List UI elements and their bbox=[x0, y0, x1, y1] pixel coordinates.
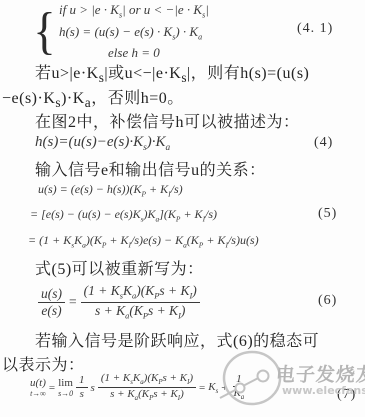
paragraph-2: 在图2中，补偿信号h可以被描述为： bbox=[35, 109, 300, 132]
eq6-rhs-denominator: s + Ka(KPs + KI) bbox=[92, 303, 188, 322]
equation-4-1: { if u > |e · Ks| or u < −|e · Ks| h(s) … bbox=[32, 2, 209, 61]
equation-7: u(t) t→∞ = lim s→0 1 s s (1 + KsKa)(KPs … bbox=[30, 372, 247, 404]
eq7-frac2-numerator: (1 + KsKa)(KPs + KI) bbox=[98, 372, 196, 388]
eq7-lim-label: lim bbox=[58, 377, 73, 389]
equation-5-line-2: = [e(s) − (u(s) − e(s)Ks)Ka](KP + KI/s) bbox=[30, 207, 217, 223]
watermark-brand-text: 电子发烧友 bbox=[275, 360, 365, 387]
eq6-equals: = bbox=[69, 294, 77, 310]
equation-4-1-number: (4. 1) bbox=[297, 21, 333, 37]
eq7-lhs-under: t→∞ bbox=[30, 390, 46, 399]
eq7-lim-under: s→0 bbox=[58, 390, 73, 399]
equation-5-line-3: = (1 + KsKa)(KP + KI/s)e(s) − Ka(KP + KI… bbox=[28, 233, 259, 249]
equation-5-number: (5) bbox=[318, 206, 337, 222]
equation-4: h(s)=(u(s)−e(s)·Ks)·Ka bbox=[35, 134, 170, 153]
eq41-condition: if u > |e · Ks| or u < −|e · Ks| bbox=[59, 2, 209, 24]
eq7-frac3-denominator: Ka bbox=[230, 387, 247, 402]
equation-6-number: (6) bbox=[318, 293, 337, 309]
piecewise-lines: if u > |e · Ks| or u < −|e · Ks| h(s) = … bbox=[59, 2, 209, 61]
eq7-equals-2: = bbox=[199, 382, 205, 394]
eq7-equals-1: = bbox=[49, 382, 55, 394]
paragraph-4: 式(5)可以被重新写为： bbox=[35, 256, 204, 279]
eq7-mid-s: s bbox=[91, 382, 95, 394]
equation-7-number: (7) bbox=[337, 387, 356, 403]
eq7-term-ks: Ks bbox=[208, 381, 218, 395]
eq7-frac2-denominator: s + Ka(KPs + KI) bbox=[107, 388, 187, 403]
eq7-frac3-numerator: 1 bbox=[233, 373, 245, 387]
paragraph-3: 输入信号e和输出信号u的关系： bbox=[35, 157, 266, 180]
eq6-lhs-fraction: u(s) e(s) bbox=[38, 286, 65, 319]
document-page: { if u > |e · Ks| or u < −|e · Ks| h(s) … bbox=[0, 0, 365, 417]
equation-6: u(s) e(s) = (1 + KsKa)(KPs + KI) s + Ka(… bbox=[38, 283, 200, 321]
equation-5-line-1: u(s) = (e(s) − h(s))(KP + KI/s) bbox=[38, 182, 183, 198]
eq7-fraction-2: (1 + KsKa)(KPs + KI) s + Ka(KPs + KI) bbox=[98, 372, 196, 404]
paragraph-1-line-1: 若u>|e·Ks|或u<−|e·Ks|，则有h(s)=(u(s) bbox=[35, 60, 309, 86]
left-brace: { bbox=[33, 7, 55, 57]
eq7-fraction-3: 1 Ka bbox=[230, 373, 247, 403]
eq7-frac1-denominator: s bbox=[77, 388, 87, 401]
paragraph-5-line-1: 若输入信号是阶跃响应，式(6)的稳态可 bbox=[35, 328, 319, 351]
equation-4-number: (4) bbox=[314, 135, 333, 151]
eq7-frac1-numerator: 1 bbox=[76, 374, 88, 388]
paragraph-1-line-2: −e(s)·Ks)·Ka，否则h=0。 bbox=[2, 85, 184, 111]
eq7-limit: lim s→0 bbox=[58, 377, 73, 399]
eq7-plus: + bbox=[221, 382, 227, 394]
eq41-else: else h = 0 bbox=[59, 45, 209, 61]
eq41-body: h(s) = (u(s) − e(s) · Ks) · Ka bbox=[59, 24, 209, 46]
eq7-lhs: u(t) t→∞ bbox=[30, 377, 46, 399]
eq6-lhs-numerator: u(s) bbox=[38, 286, 65, 303]
eq7-fraction-1: 1 s bbox=[76, 374, 88, 401]
eq7-lhs-main: u(t) bbox=[30, 377, 46, 389]
eq6-rhs-fraction: (1 + KsKa)(KPs + KI) s + Ka(KPs + KI) bbox=[81, 283, 200, 321]
eq6-rhs-numerator: (1 + KsKa)(KPs + KI) bbox=[81, 283, 200, 303]
eq6-lhs-denominator: e(s) bbox=[38, 303, 64, 319]
